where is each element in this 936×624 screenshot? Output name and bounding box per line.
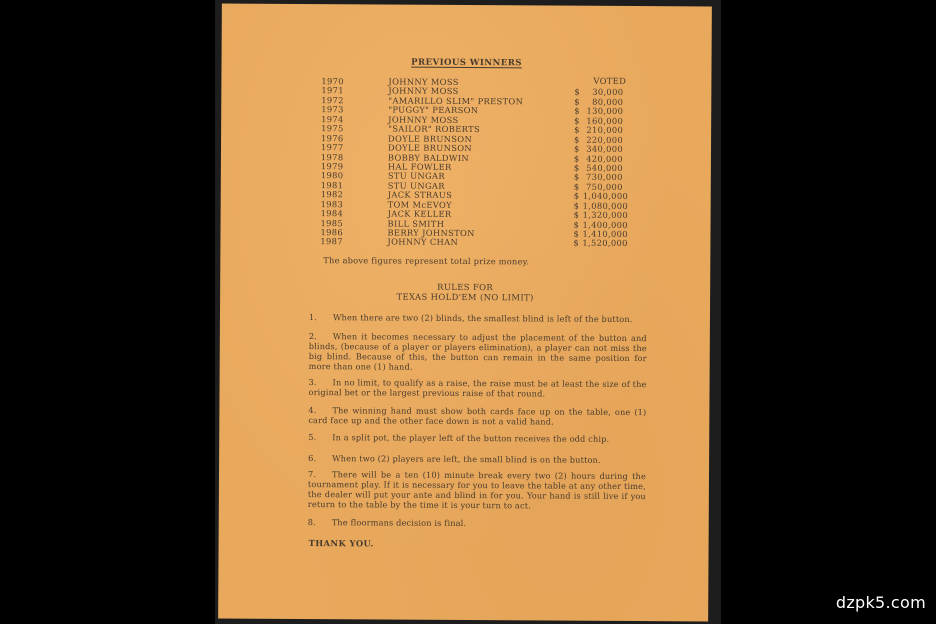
rules-heading: RULES FOR TEXAS HOLD'EM (NO LIMIT)	[220, 282, 710, 304]
rule-text: There will be a ten (10) minute break ev…	[308, 469, 646, 510]
rule-text: When there are two (2) blinds, the small…	[333, 312, 633, 324]
rule-number: 4.	[308, 405, 332, 415]
rule-number: 8.	[308, 517, 332, 527]
rule-number: 1.	[309, 312, 333, 322]
rule-item: 2.When it becomes necessary to adjust th…	[309, 331, 647, 373]
rule-item: 6.When two (2) players are left, the sma…	[308, 453, 646, 465]
watermark: dzpk5.com	[836, 593, 926, 612]
closing-text: THANK YOU.	[309, 538, 374, 548]
document-page: PREVIOUS WINNERS VOTED 1970JOHNNY MOSS19…	[218, 4, 712, 622]
winner-amount: 1,520,000	[582, 239, 622, 249]
rule-item: 7.There will be a ten (10) minute break …	[308, 469, 646, 511]
page-title: PREVIOUS WINNERS	[221, 57, 711, 70]
winner-name: JOHNNY CHAN	[387, 238, 458, 248]
rule-item: 8.The floormans decision is final.	[308, 517, 646, 529]
rule-item: 4.The winning hand must show both cards …	[308, 405, 646, 427]
winner-row: 1987JOHNNY CHAN$1,520,000	[220, 237, 710, 249]
rule-text: When two (2) players are left, the small…	[332, 453, 601, 465]
rule-text: In a split pot, the player left of the b…	[332, 432, 609, 444]
rule-text: When it becomes necessary to adjust the …	[309, 331, 647, 371]
rule-text: The winning hand must show both cards fa…	[308, 405, 646, 426]
rule-item: 5.In a split pot, the player left of the…	[308, 432, 646, 444]
rule-number: 5.	[308, 432, 332, 442]
winner-currency: $	[573, 239, 579, 248]
rule-text: The floormans decision is final.	[332, 517, 467, 528]
winners-table: 1970JOHNNY MOSS1971JOHNNY MOSS$30,000197…	[220, 77, 711, 250]
title-text: PREVIOUS WINNERS	[411, 58, 522, 69]
photo-stage: PREVIOUS WINNERS VOTED 1970JOHNNY MOSS19…	[0, 0, 936, 624]
rule-text: In no limit, to qualify as a raise, the …	[308, 377, 646, 398]
rule-number: 3.	[309, 377, 333, 387]
rule-number: 2.	[309, 331, 333, 341]
winner-year: 1987	[320, 238, 343, 248]
rule-item: 3.In no limit, to qualify as a raise, th…	[308, 377, 646, 399]
rule-number: 7.	[308, 469, 332, 479]
rule-item: 1.When there are two (2) blinds, the sma…	[309, 312, 647, 324]
rule-number: 6.	[308, 453, 332, 463]
rules-heading-line2: TEXAS HOLD'EM (NO LIMIT)	[220, 291, 710, 303]
prize-note: The above figures represent total prize …	[323, 255, 529, 266]
